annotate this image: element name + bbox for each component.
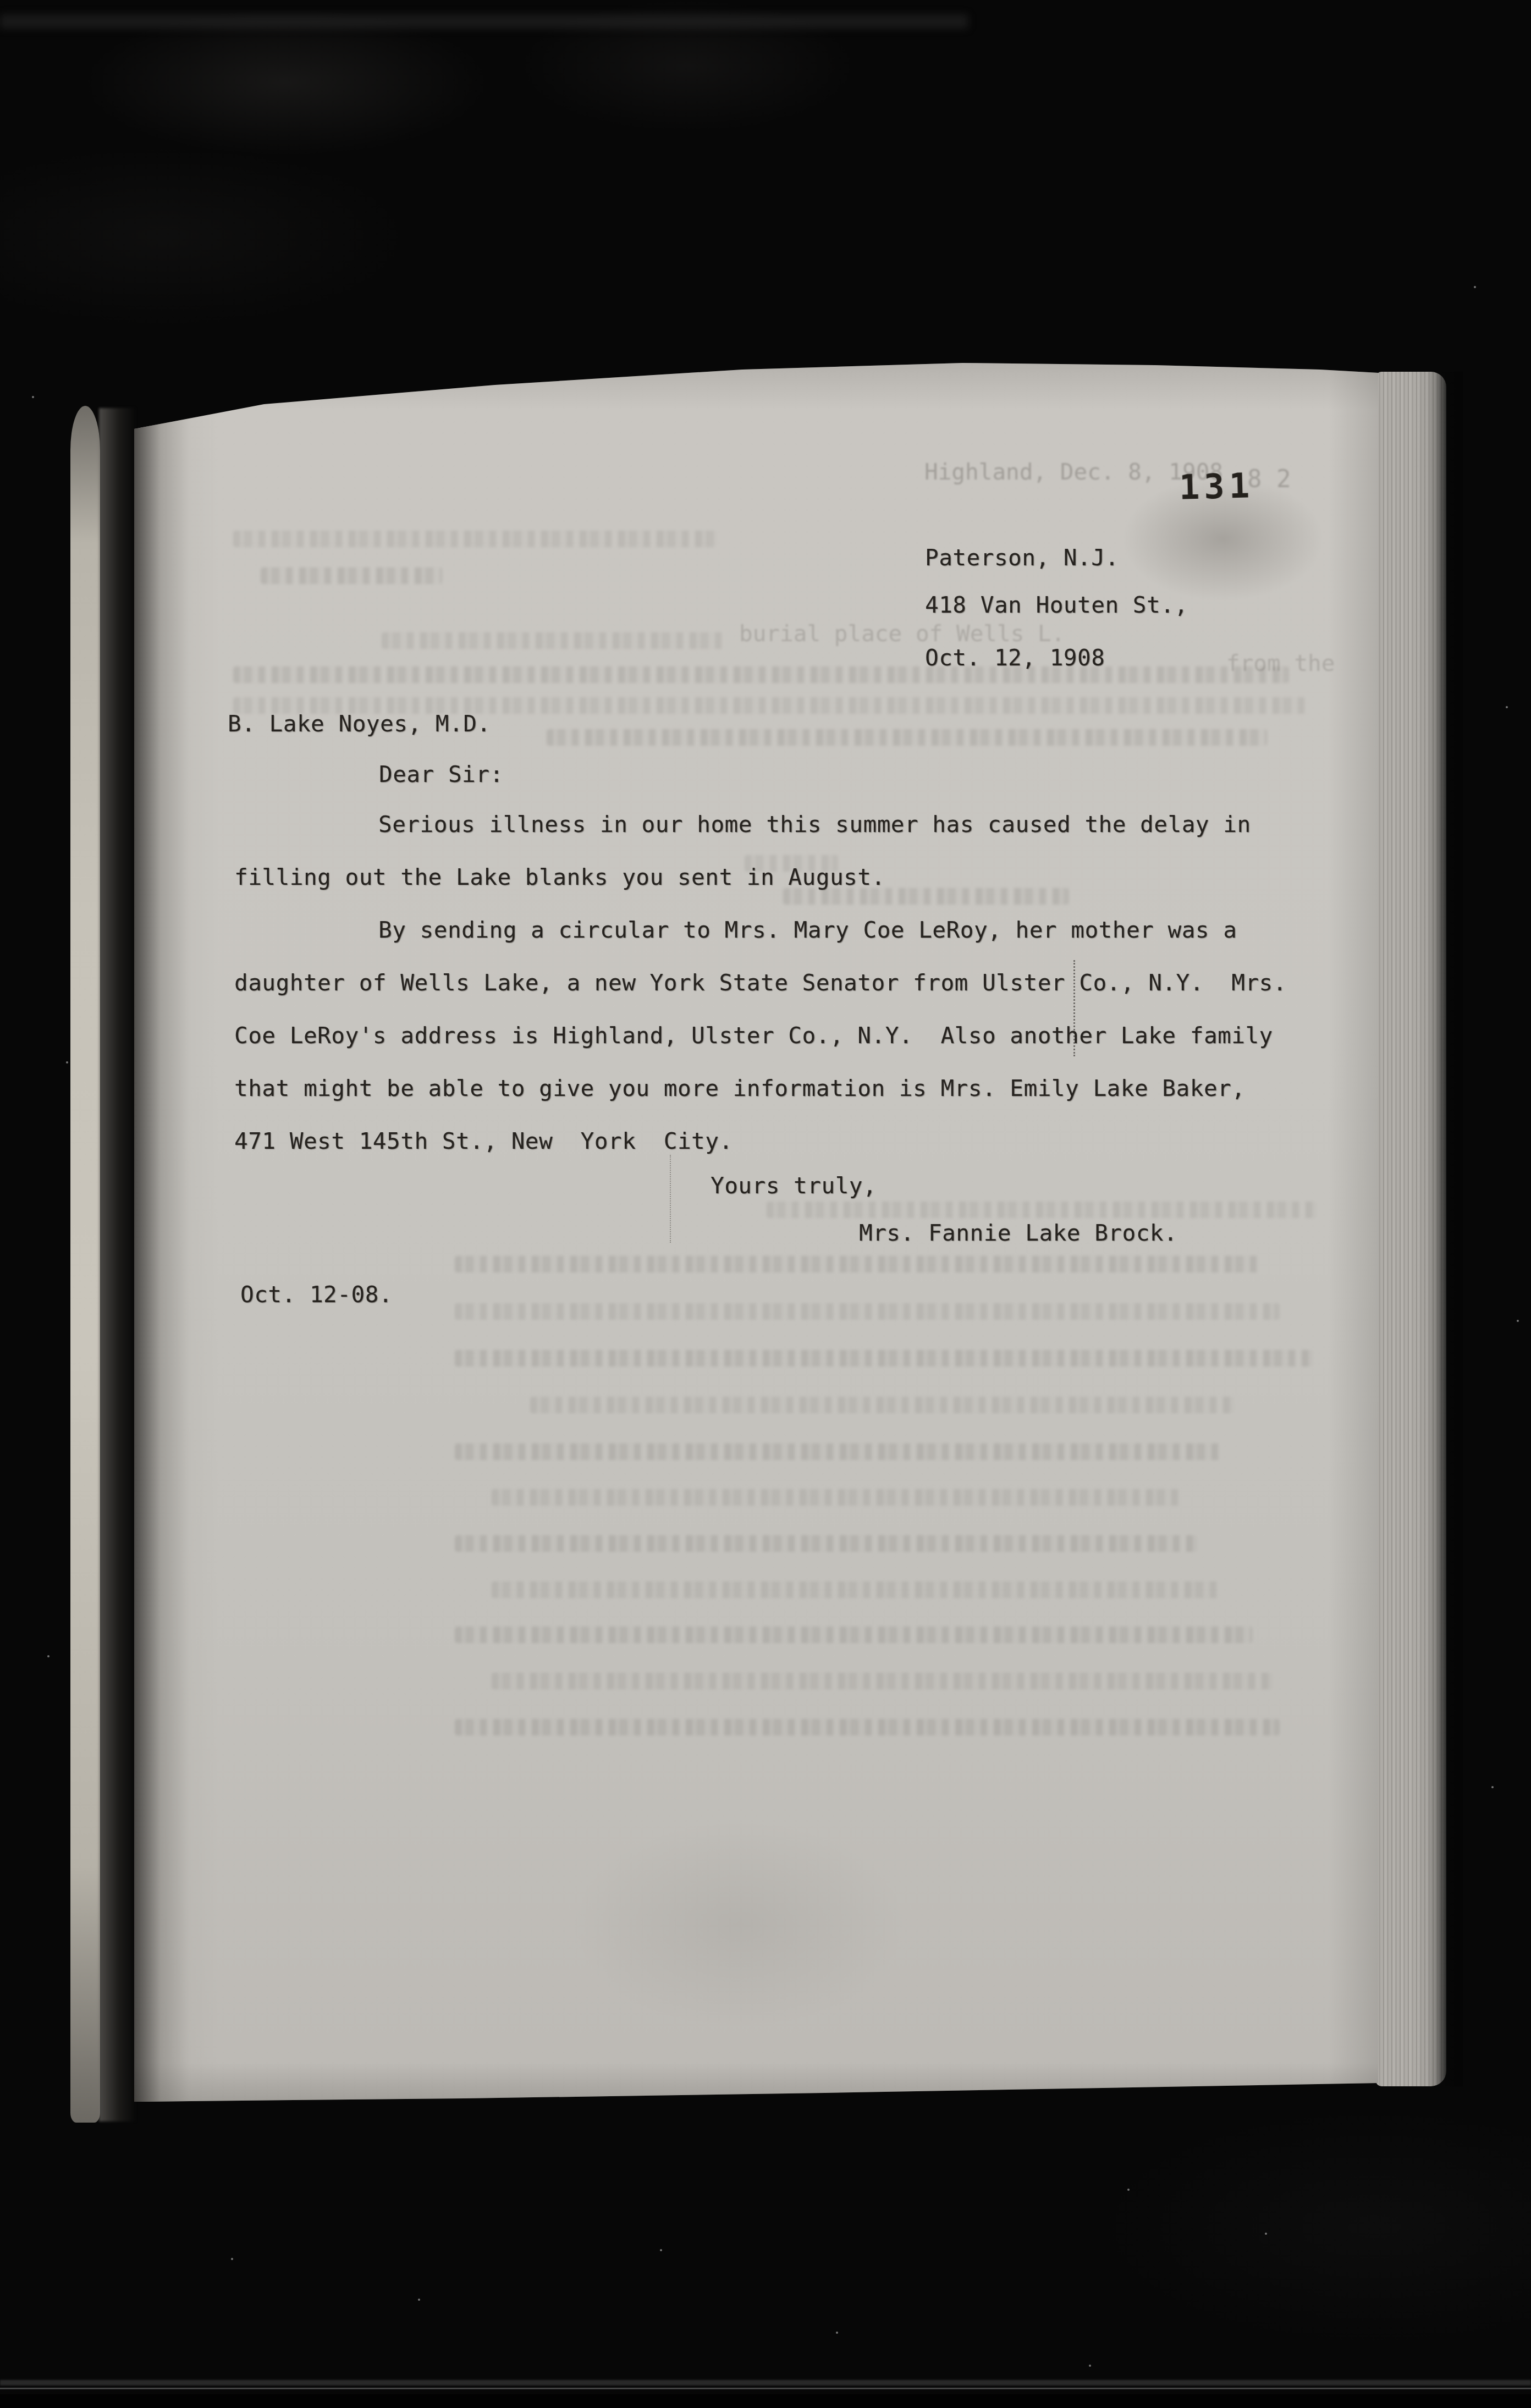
ghost-smudge-line (455, 1443, 1225, 1460)
ghost-smudge-line (530, 1397, 1234, 1413)
ghost-bleedthrough-fragment: burial place of Wells L. (739, 620, 1065, 647)
book-page-stack-edge (1376, 372, 1446, 2086)
dust-speck (1474, 286, 1476, 288)
ghost-smudge-line (455, 1303, 1280, 1320)
dust-speck (32, 396, 34, 398)
dust-speck (66, 1061, 68, 1064)
film-frame-bottom-black (0, 2394, 1531, 2408)
book-gutter-shadow (99, 408, 135, 2122)
facing-page-edge (70, 406, 100, 2123)
ghost-smudge-line (233, 666, 1289, 683)
ghost-smudge-line (455, 1350, 1313, 1366)
ghost-bleedthrough-dateline: Highland, Dec. 8, 1908 (924, 459, 1223, 485)
dust-speck (660, 2249, 662, 2251)
ghost-smudge-line (492, 1489, 1179, 1506)
letter-body-line: Serious illness in our home this summer … (378, 812, 1251, 837)
ghost-smudge-line (455, 1719, 1280, 1735)
dust-speck (1517, 1320, 1519, 1322)
microfilm-scan-frame: 131 Highland, Dec. 8, 1908 8 2 burial pl… (0, 0, 1531, 2408)
film-frame-edge-bottom (0, 2380, 1531, 2385)
scan-artifact-dotted-line (670, 1155, 671, 1243)
postscript-date-line: Oct. 12-08. (240, 1282, 393, 1307)
ghost-smudge-line (382, 632, 728, 649)
dust-speck (1089, 2365, 1091, 2367)
letter-body-line: Coe LeRoy's address is Highland, Ulster … (234, 1023, 1273, 1048)
letter-body-line: daughter of Wells Lake, a new York State… (234, 971, 1287, 995)
ghost-smudge-line (783, 888, 1069, 905)
letter-body-line: 471 West 145th St., New York City. (234, 1129, 733, 1154)
ghost-smudge-line (767, 1202, 1317, 1218)
dust-speck (1506, 706, 1508, 708)
dust-speck (1127, 2189, 1130, 2191)
dust-speck (231, 2258, 233, 2260)
ghost-smudge-line (492, 1673, 1273, 1689)
ghost-smudge-line (455, 1535, 1197, 1552)
scan-artifact-dotted-line (1073, 960, 1075, 1056)
ghost-smudge-line (745, 855, 838, 872)
recipient-line: B. Lake Noyes, M.D. (228, 712, 491, 736)
dust-speck (418, 2299, 420, 2301)
address-line-street: 418 Van Houten St., (925, 593, 1188, 618)
letter-body-line: By sending a circular to Mrs. Mary Coe L… (378, 918, 1237, 943)
salutation-line: Dear Sir: (379, 762, 504, 787)
film-frame-edge-top (0, 14, 968, 29)
closing-line: Yours truly, (711, 1173, 877, 1198)
ghost-smudge-line (455, 1627, 1252, 1643)
letter-body-line: that might be able to give you more info… (234, 1076, 1245, 1101)
ghost-smudge-line (233, 531, 717, 547)
dust-speck (1265, 2233, 1267, 2235)
ghost-smudge-line (455, 1256, 1263, 1272)
letter-page: 131 Highland, Dec. 8, 1908 8 2 burial pl… (134, 357, 1378, 2104)
dust-speck (1491, 1786, 1494, 1788)
dust-speck (836, 2332, 838, 2334)
ghost-smudge-line (233, 697, 1306, 714)
ghost-smudge-line (547, 729, 1267, 746)
film-frame-edge-bottom-line (0, 2388, 1531, 2389)
signature-line: Mrs. Fannie Lake Brock. (859, 1221, 1177, 1246)
ghost-smudge-line (261, 567, 442, 584)
address-line-city: Paterson, N.J. (925, 545, 1119, 570)
ghost-bleedthrough-digits: 8 2 (1247, 465, 1291, 493)
ghost-smudge-line (492, 1582, 1223, 1598)
page-stack-shadow (1436, 372, 1463, 2086)
dust-speck (47, 1655, 49, 1657)
